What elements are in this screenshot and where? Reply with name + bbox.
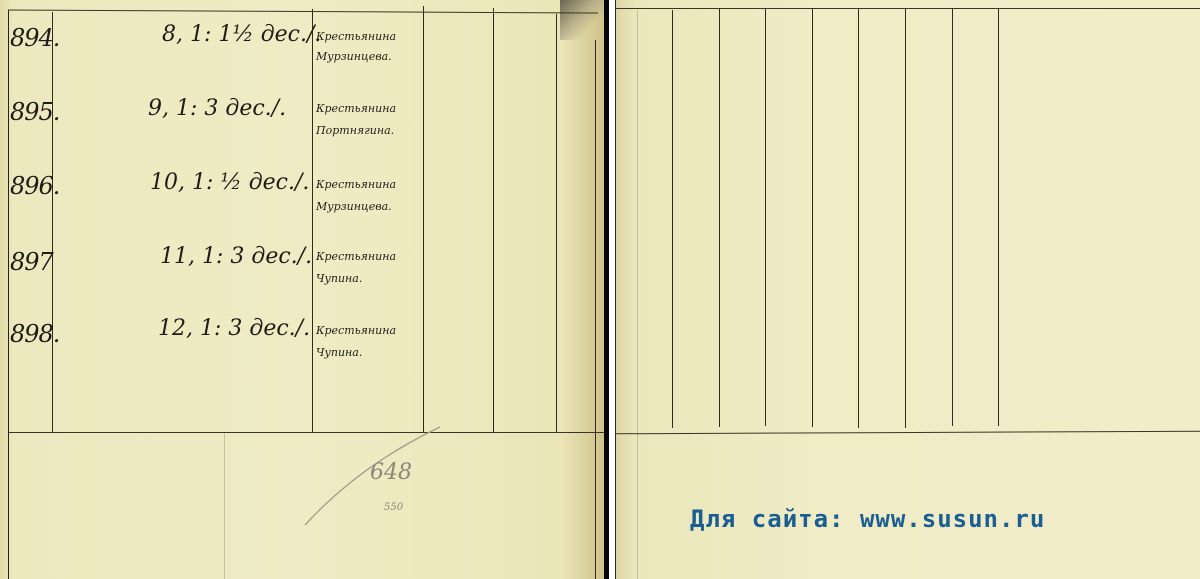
owner-line-2: Чупина. bbox=[316, 270, 362, 288]
owner-line-1: Крестьянина bbox=[316, 100, 396, 118]
column-divider bbox=[672, 10, 673, 428]
column-divider bbox=[905, 8, 906, 428]
column-divider bbox=[998, 8, 999, 426]
table-top-rule bbox=[615, 8, 1200, 9]
left-border-line bbox=[8, 10, 9, 579]
column-divider bbox=[812, 8, 813, 427]
column-divider bbox=[493, 8, 494, 432]
pencil-note-sub: 550 bbox=[384, 502, 403, 513]
plot-area: 8, 1: 1½ дес./. bbox=[162, 22, 321, 47]
column-divider bbox=[858, 8, 859, 428]
entry-number: 897 bbox=[10, 248, 53, 276]
right-ledger-page bbox=[615, 0, 1200, 579]
left-border-line bbox=[615, 0, 616, 579]
owner-line-1: Крестьянина bbox=[316, 248, 396, 266]
owner-line-1: Крестьянина bbox=[316, 322, 396, 340]
owner-line-2: Мурзинцева. bbox=[316, 198, 392, 216]
page-corner-curl bbox=[560, 0, 604, 40]
column-divider bbox=[52, 12, 53, 432]
owner-line-2: Портнягина. bbox=[316, 122, 394, 140]
plot-area: 12, 1: 3 дес./. bbox=[158, 316, 310, 341]
column-divider bbox=[952, 8, 953, 426]
column-divider bbox=[595, 40, 596, 579]
table-top-rule bbox=[8, 9, 598, 13]
entry-number: 896. bbox=[10, 172, 59, 200]
entry-number: 894. bbox=[10, 24, 59, 52]
column-divider bbox=[312, 9, 313, 432]
column-divider bbox=[423, 6, 424, 432]
faint-margin-line bbox=[637, 10, 638, 579]
column-divider bbox=[765, 8, 766, 426]
site-watermark: Для сайта: www.susun.ru bbox=[690, 505, 1045, 533]
plot-area: 10, 1: ½ дес./. bbox=[150, 170, 309, 195]
faint-guide-line bbox=[224, 432, 225, 579]
column-divider bbox=[719, 9, 720, 427]
owner-line-2: Чупина. bbox=[316, 344, 362, 362]
plot-area: 9, 1: 3 дес./. bbox=[148, 96, 286, 121]
entry-number: 898. bbox=[10, 320, 59, 348]
plot-area: 11, 1: 3 дес./. bbox=[160, 244, 312, 269]
left-ledger-page: 894. 8, 1: 1½ дес./. Крестьянина Мурзинц… bbox=[0, 0, 604, 579]
entry-number: 895. bbox=[10, 98, 59, 126]
owner-line-1: Крестьянина bbox=[316, 28, 396, 46]
table-bottom-rule bbox=[615, 431, 1200, 435]
column-divider bbox=[556, 14, 557, 432]
owner-line-1: Крестьянина bbox=[316, 176, 396, 194]
pencil-note-main: 648 bbox=[370, 460, 412, 485]
owner-line-2: Мурзинцева. bbox=[316, 48, 392, 66]
